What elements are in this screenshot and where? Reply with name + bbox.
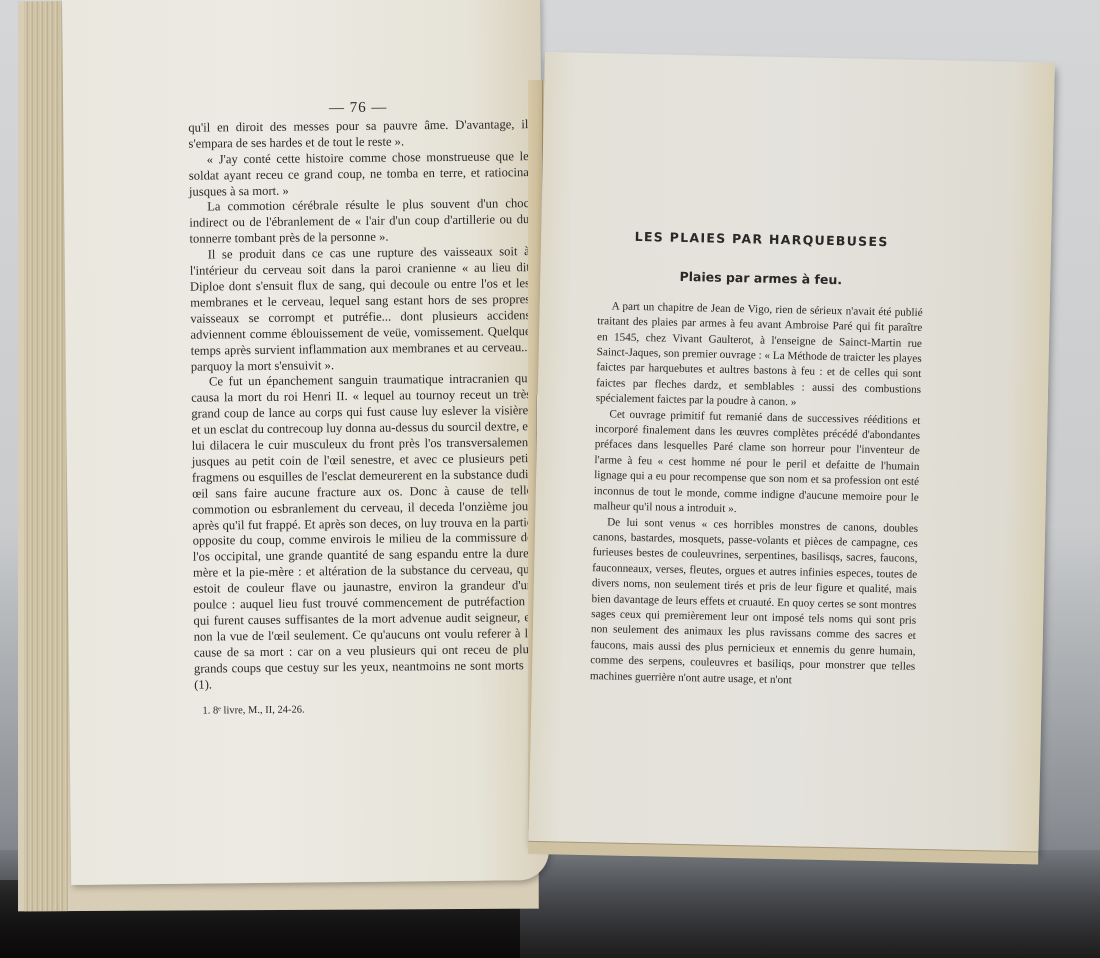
paragraph: A part un chapitre de Jean de Vigo, rien… (596, 299, 923, 414)
paragraph: La commotion cérébrale résulte le plus s… (189, 197, 529, 248)
right-page: LES PLAIES PAR HARQUEBUSES Plaies par ar… (528, 52, 1054, 853)
chapter-title: LES PLAIES PAR HARQUEBUSES (599, 228, 924, 250)
section-title: Plaies par armes à feu. (598, 268, 923, 290)
paragraph: Ce fut un épanchement sanguin traumatiqu… (191, 372, 534, 694)
left-page: — 76 — qu'il en diroit des messes pour s… (62, 0, 549, 885)
footnote: 1. 8ᵉ livre, M., II, 24-26. (194, 700, 534, 719)
paragraph: qu'il en diroit des messes pour sa pauvr… (188, 117, 528, 152)
paragraph: Il se produit dans ce cas une rupture de… (190, 244, 531, 375)
page-number: — 76 — (188, 99, 528, 118)
paragraph: « J'ay conté cette histoire comme chose … (189, 149, 529, 200)
paragraph: Cet ouvrage primitif fut remanié dans de… (593, 407, 920, 522)
paragraph: De lui sont venus « ces horribles monstr… (590, 515, 918, 691)
right-page-text: LES PLAIES PAR HARQUEBUSES Plaies par ar… (590, 228, 924, 691)
left-page-text: — 76 — qu'il en diroit des messes pour s… (188, 103, 534, 719)
